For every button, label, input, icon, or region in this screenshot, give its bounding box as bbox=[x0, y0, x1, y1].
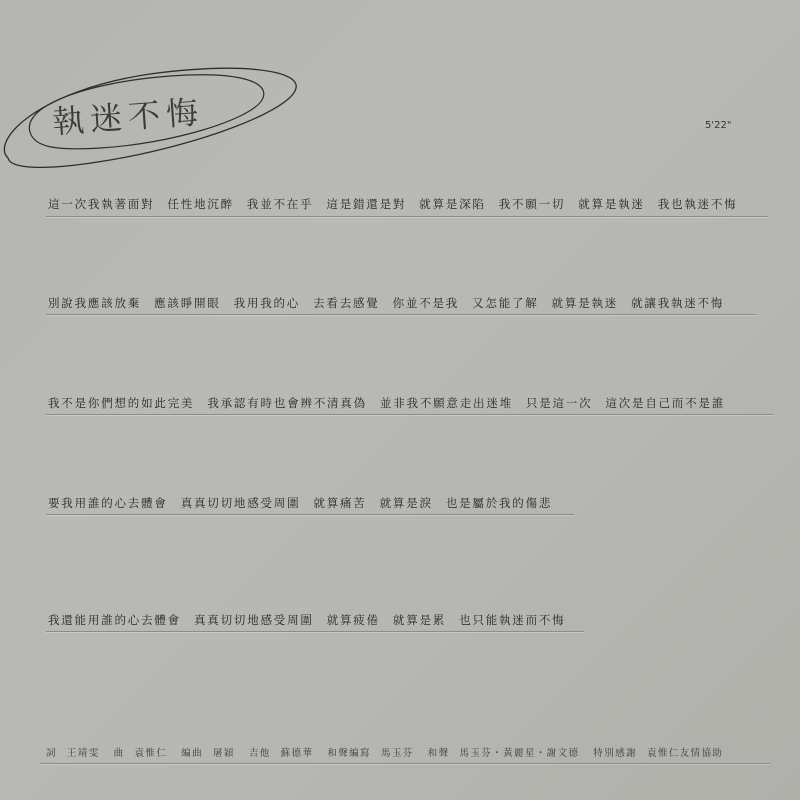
credit-role: 和聲 bbox=[428, 748, 450, 759]
credit-name: 屠穎 bbox=[213, 748, 235, 759]
credit-role: 曲 bbox=[114, 748, 125, 759]
handwritten-title-block: 執迷不悔 bbox=[0, 60, 300, 190]
divider bbox=[46, 216, 768, 217]
lyric-phrase: 任性地沉醉 bbox=[167, 197, 234, 211]
lyric-phrase: 這是錯還是對 bbox=[326, 197, 406, 211]
lyric-phrase: 就算是淚 bbox=[380, 496, 433, 510]
credits-line: 詞王靖雯曲袁惟仁編曲屠穎吉他蘇德華和聲編寫馬玉芬和聲馬玉芬・黃麗星・謝文德特別感… bbox=[46, 745, 737, 759]
lyric-phrase: 我也執迷不悔 bbox=[658, 197, 738, 211]
credit-role: 編曲 bbox=[181, 748, 203, 759]
lyric-phrase: 就讓我執迷不悔 bbox=[631, 296, 724, 310]
divider bbox=[46, 314, 756, 315]
lyric-phrase: 別說我應該放棄 bbox=[48, 296, 141, 310]
lyric-phrase: 我並不在乎 bbox=[247, 197, 314, 211]
lyric-phrase: 又怎能了解 bbox=[472, 296, 539, 310]
credit-role: 特別感謝 bbox=[593, 748, 637, 759]
divider bbox=[46, 514, 574, 515]
lyric-phrase: 真真切切地感受周圍 bbox=[194, 613, 314, 627]
credit-role: 詞 bbox=[46, 748, 57, 759]
lyric-phrase: 我不是你們想的如此完美 bbox=[48, 396, 194, 410]
lyric-phrase: 這次是自己而不是誰 bbox=[605, 396, 725, 410]
credit-role: 和聲編寫 bbox=[327, 748, 371, 759]
credit-name: 馬玉芬・黃麗星・謝文德 bbox=[459, 748, 579, 759]
lyric-line-5: 我還能用誰的心去體會真真切切地感受周圍就算疲倦就算是累也只能執迷而不悔 bbox=[48, 612, 566, 628]
credit-name: 袁惟仁 bbox=[135, 748, 168, 759]
lyric-phrase: 我不願一切 bbox=[499, 197, 566, 211]
lyric-line-1: 這一次我執著面對任性地沉醉我並不在乎這是錯還是對就算是深陷我不願一切就算是執迷我… bbox=[48, 196, 738, 212]
lyric-phrase: 也只能執迷而不悔 bbox=[459, 613, 565, 627]
lyric-line-4: 要我用誰的心去體會真真切切地感受周圍就算痛苦就算是淚也是屬於我的傷悲 bbox=[48, 495, 552, 511]
credit-role: 吉他 bbox=[249, 748, 271, 759]
divider bbox=[46, 414, 774, 415]
lyric-phrase: 我用我的心 bbox=[234, 296, 301, 310]
lyric-line-3: 我不是你們想的如此完美我承認有時也會辨不清真偽並非我不願意走出迷堆只是這一次這次… bbox=[48, 395, 725, 411]
credit-name: 袁惟仁友情協助 bbox=[647, 748, 723, 759]
lyric-phrase: 就算是執迷 bbox=[578, 197, 645, 211]
lyric-phrase: 這一次我執著面對 bbox=[48, 197, 154, 211]
track-duration: 5'22" bbox=[705, 120, 731, 131]
lyric-phrase: 也是屬於我的傷悲 bbox=[446, 496, 552, 510]
lyric-phrase: 就算是深陷 bbox=[419, 197, 486, 211]
lyric-phrase: 就算痛苦 bbox=[313, 496, 366, 510]
divider bbox=[46, 631, 584, 632]
lyric-phrase: 要我用誰的心去體會 bbox=[48, 496, 168, 510]
lyric-phrase: 我承認有時也會辨不清真偽 bbox=[207, 396, 367, 410]
lyric-phrase: 就算是累 bbox=[393, 613, 446, 627]
lyric-phrase: 去看去感覺 bbox=[313, 296, 380, 310]
lyric-line-2: 別說我應該放棄應該睜開眼我用我的心去看去感覺你並不是我又怎能了解就算是執迷就讓我… bbox=[48, 295, 724, 311]
lyric-phrase: 就算疲倦 bbox=[327, 613, 380, 627]
lyric-phrase: 應該睜開眼 bbox=[154, 296, 221, 310]
lyric-phrase: 就算是執迷 bbox=[552, 296, 619, 310]
lyric-phrase: 我還能用誰的心去體會 bbox=[48, 613, 181, 627]
lyric-phrase: 只是這一次 bbox=[526, 396, 593, 410]
lyric-phrase: 你並不是我 bbox=[393, 296, 460, 310]
divider bbox=[40, 763, 770, 764]
credit-name: 馬玉芬 bbox=[381, 748, 414, 759]
lyric-phrase: 並非我不願意走出迷堆 bbox=[380, 396, 513, 410]
lyric-phrase: 真真切切地感受周圍 bbox=[181, 496, 301, 510]
credit-name: 蘇德華 bbox=[281, 748, 314, 759]
lyric-sheet: 執迷不悔 5'22" 這一次我執著面對任性地沉醉我並不在乎這是錯還是對就算是深陷… bbox=[0, 0, 800, 800]
credit-name: 王靖雯 bbox=[67, 748, 100, 759]
